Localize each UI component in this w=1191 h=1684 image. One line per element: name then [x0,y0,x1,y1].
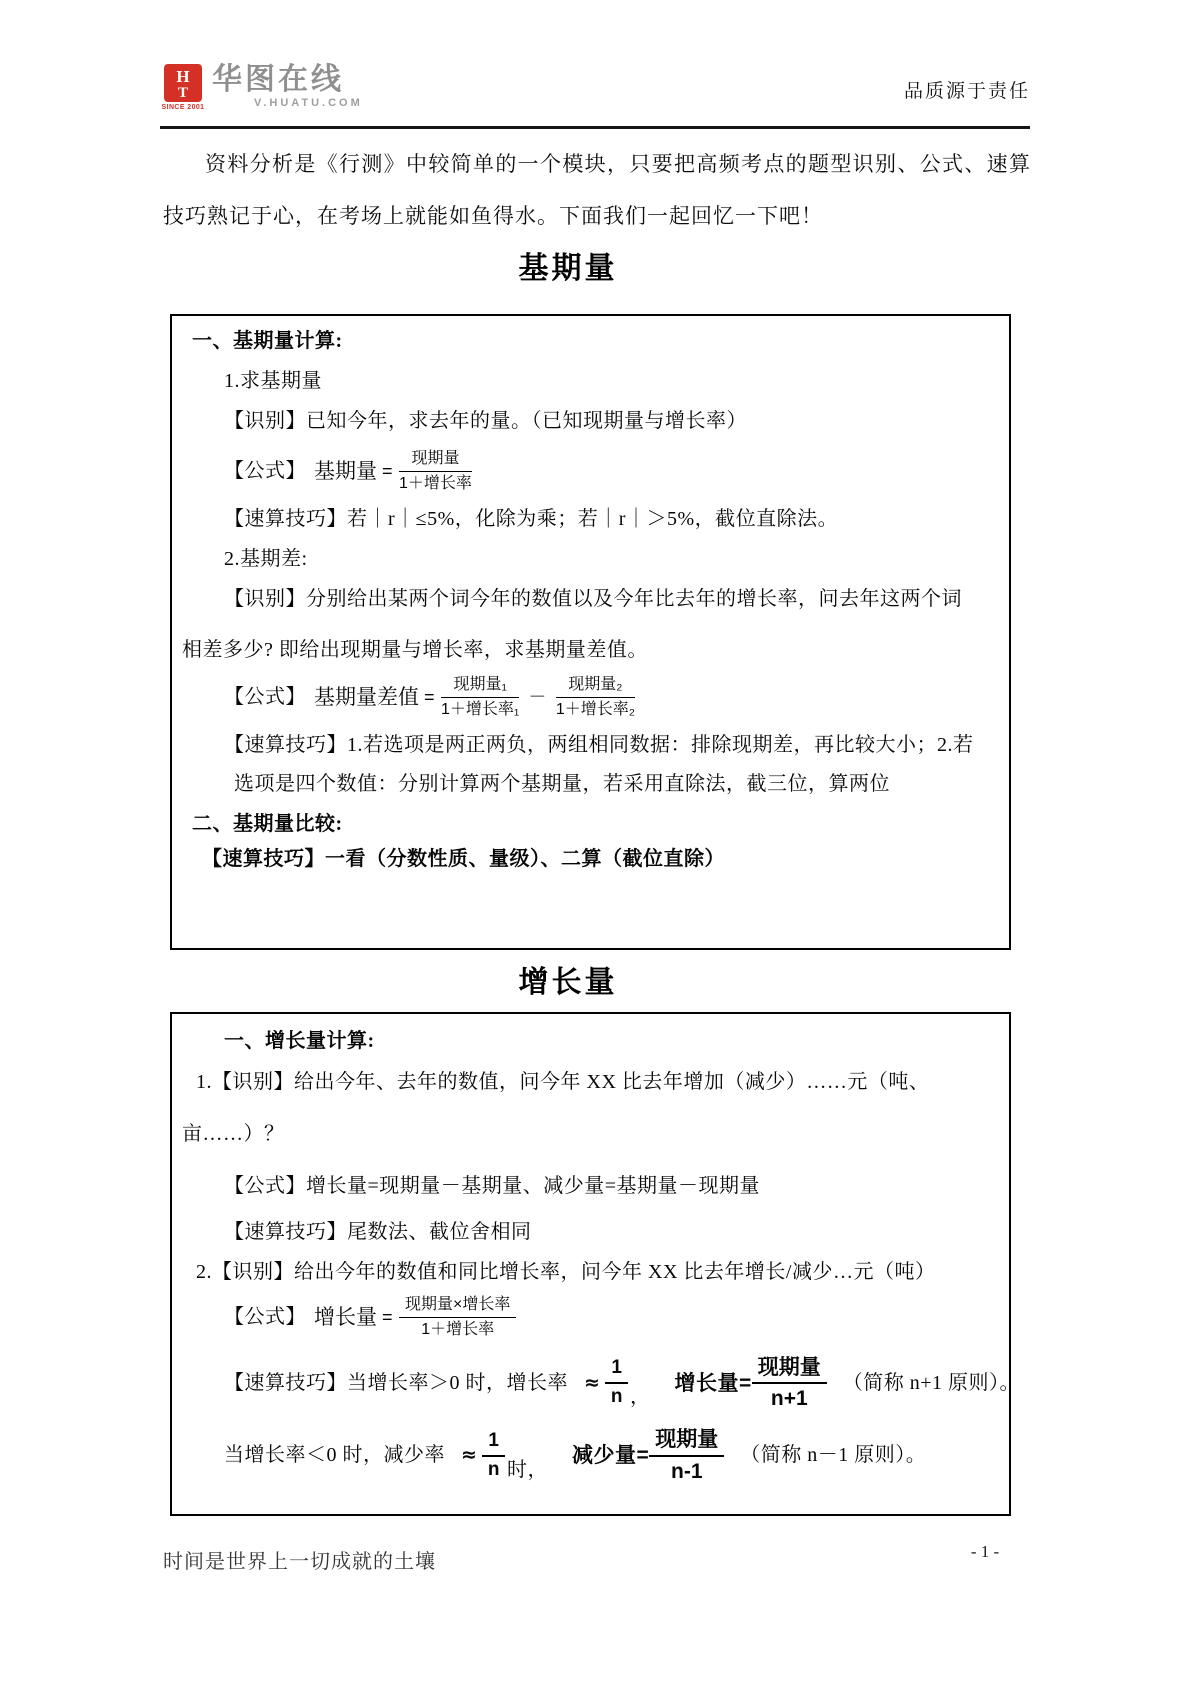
huatu-monogram-icon: H T [164,64,202,102]
formula-lhs: 基期量 [314,458,377,485]
header: H T SINCE 2001 华图在线 V.HUATU.COM 品质源于责任 [163,64,1030,111]
item1-title: 1.求基期量 [182,368,999,395]
jiqiliang-box: 一、基期量计算: 1.求基期量 【识别】已知今年，求去年的量。（已知现期量与增长… [170,314,1011,950]
fraction-numerator: 1 [482,1429,505,1457]
formula-label: 【公式】 [224,684,306,711]
tip-text: 当增长率＜0 时，减少率 [224,1442,445,1469]
tip-tail: （简称 n－1 原则）。 [740,1442,926,1469]
header-rule [160,126,1030,129]
fraction-numerator: 现期量 [649,1426,724,1456]
growth-item1-susuan: 【速算技巧】尾数法、截位舍相同 [182,1219,999,1246]
item2-shibie-line2: 相差多少? 即给出现期量与增长率，求基期量差值。 [182,637,999,664]
growth-item2-shibie: 2.【识别】给出今年的数值和同比增长率，问今年 XX 比去年增长/减少…元（吨） [182,1259,999,1286]
fraction-denominator: n+1 [752,1384,827,1412]
fraction-denominator: 1＋增长率₂ [556,698,635,721]
fraction-numerator: 现期量₁ [441,674,519,698]
section-title-zengzhangliang: 增长量 [163,957,973,1001]
speed-tip-negative-rate: 当增长率＜0 时，减少率 ≈ 1 n 时， 减少量= 现期量 n-1 （简称 n… [182,1426,999,1485]
brand-text: 华图在线 V.HUATU.COM [212,64,363,109]
fraction-numerator: 1 [605,1356,628,1384]
item2-shibie-line1: 【识别】分别给出某两个词今年的数值以及今年比去年的增长率，问去年这两个词 [182,586,999,613]
fraction-denominator: 1＋增长率 [399,472,472,495]
equals-sign: = [382,1304,393,1331]
formula-label: 【公式】 [224,1304,306,1331]
equals-sign: = [424,684,435,711]
item2-susuan-line2: 选项是四个数值：分别计算两个基期量，若采用直除法，截三位，算两位 [182,771,999,798]
tip-text: 当增长率＞0 时，增长率 [347,1370,568,1397]
formula-growth-quantity: 【公式】 增长量 = 现期量×增长率 1＋增长率 [182,1294,999,1342]
comma: ， [630,1384,651,1412]
compare-susuan: 【速算技巧】一看（分数性质、量级）、二算（截位直除） [182,846,999,873]
speed-tip-positive-rate: 【速算技巧】 当增长率＞0 时，增长率 ≈ 1 n ， 增长量= 现期量 n+1… [182,1354,999,1413]
fraction: 现期量 1＋增长率 [399,448,472,496]
approx-sign: ≈ [461,1442,477,1469]
fraction-1: 现期量₁ 1＋增长率₁ [441,674,519,722]
heading-jiqiliang-calc: 一、基期量计算: [182,328,999,355]
formula-lhs: 基期量差值 [314,684,419,711]
growth-item1-gongshi: 【公式】增长量=现期量－基期量、减少量=基期量－现期量 [182,1173,999,1200]
growth-item1-line1: 1.【识别】给出今年、去年的数值，问今年 XX 比去年增加（减少）……元（吨、 [182,1069,999,1096]
heading-zengzhangliang-calc: 一、增长量计算: [182,1028,999,1055]
fraction-numerator: 现期量 [752,1354,827,1384]
growth-item1-line2: 亩……）？ [182,1121,999,1148]
brand-name: 华图在线 [212,64,363,96]
item1-shibie: 【识别】已知今年，求去年的量。（已知现期量与增长率） [182,408,999,435]
growth-equals: 增长量= [675,1370,752,1397]
huatu-logo-icon: H T SINCE 2001 [163,64,203,111]
formula-label: 【公式】 [224,458,306,485]
item2-title: 2.基期差: [182,546,999,573]
item1-susuan: 【速算技巧】若｜r｜≤5%，化除为乘；若｜r｜＞5%，截位直除法。 [182,506,999,533]
fraction-denominator: n-1 [649,1457,724,1485]
minus-sign: － [528,684,547,711]
fraction-present-over-n-minus-1: 现期量 n-1 [649,1426,724,1485]
approx-sign: ≈ [584,1370,600,1397]
shi-text: 时， [507,1457,548,1485]
svg-text:H: H [176,67,189,86]
fraction-denominator: n [605,1384,628,1410]
logo: H T SINCE 2001 华图在线 V.HUATU.COM [163,64,363,111]
formula-base-quantity: 【公式】 基期量 = 现期量 1＋增长率 [182,448,999,496]
fraction-numerator: 现期量₂ [556,674,635,698]
fraction-denominator: n [482,1457,505,1483]
brand-domain: V.HUATU.COM [212,97,363,109]
fraction-denominator: 1＋增长率 [399,1318,516,1341]
fraction-2: 现期量₂ 1＋增长率₂ [556,674,635,722]
page-number: - 1 - [950,1542,1020,1562]
zengzhangliang-box: 一、增长量计算: 1.【识别】给出今年、去年的数值，问今年 XX 比去年增加（减… [170,1012,1011,1516]
intro-paragraph: 资料分析是《行测》中较简单的一个模块，只要把高频考点的题型识别、公式、速算技巧熟… [163,139,1031,243]
fraction-numerator: 现期量×增长率 [399,1294,516,1318]
decrease-equals: 减少量= [572,1442,649,1469]
tip-tail: （简称 n+1 原则）。 [843,1370,1011,1397]
tip-label: 【速算技巧】 [224,1370,347,1397]
fraction-one-over-n: 1 n [605,1356,628,1409]
logo-since-text: SINCE 2001 [162,104,205,111]
fraction-denominator: 1＋增长率₁ [441,698,519,721]
fraction-present-over-n-plus-1: 现期量 n+1 [752,1354,827,1413]
fraction-one-over-n: 1 n [482,1429,505,1482]
heading-jiqiliang-compare: 二、基期量比较: [182,811,999,838]
equals-sign: = [382,458,393,485]
formula-lhs: 增长量 [314,1304,377,1331]
footer-motto: 时间是世界上一切成就的土壤 [163,1545,436,1574]
page: H T SINCE 2001 华图在线 V.HUATU.COM 品质源于责任 资… [0,0,1191,1684]
fraction-numerator: 现期量 [399,448,472,472]
section-title-jiqiliang: 基期量 [163,243,973,287]
svg-text:T: T [178,85,188,101]
header-slogan: 品质源于责任 [904,76,1030,111]
item2-susuan-line1: 【速算技巧】1.若选项是两正两负，两组相同数据：排除现期差，再比较大小；2.若 [182,732,999,759]
fraction: 现期量×增长率 1＋增长率 [399,1294,516,1342]
formula-base-difference: 【公式】 基期量差值 = 现期量₁ 1＋增长率₁ － 现期量₂ 1＋增长率₂ [182,674,999,722]
